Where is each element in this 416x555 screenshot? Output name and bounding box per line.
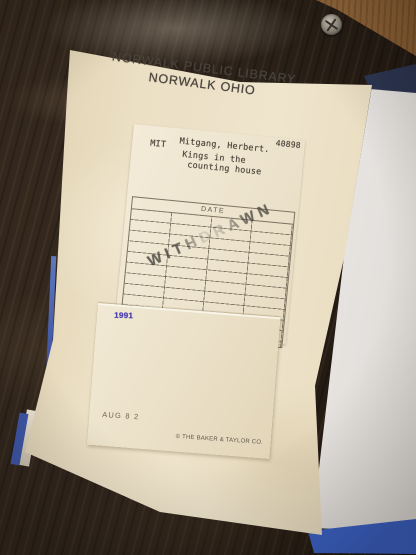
book-card-pocket: 1991 AUG 8 2 © THE BAKER & TAYLOR CO. [87, 303, 281, 459]
book-title-line2: counting house [187, 160, 262, 177]
year-stamp: 1991 [114, 311, 133, 320]
pocket-maker-credit: © THE BAKER & TAYLOR CO. [176, 434, 258, 446]
photo-open-library-book: NORWALK PUBLIC LIBRARY NORWALK OHIO 4089… [0, 0, 416, 555]
screw-head [321, 14, 342, 35]
accession-number: 40898 [275, 139, 301, 150]
due-date-stamp: AUG 8 2 [102, 410, 140, 421]
call-number: MIT [150, 139, 167, 150]
